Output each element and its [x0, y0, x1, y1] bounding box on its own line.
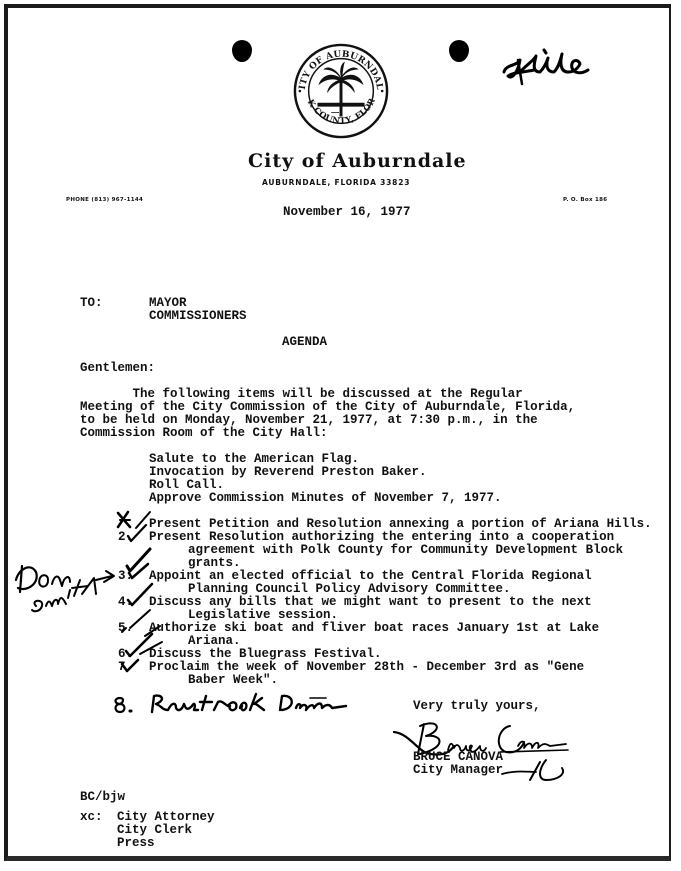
closing: Very truly yours, [413, 700, 541, 713]
cc-label: xc: [80, 811, 103, 824]
signer-title: City Manager [413, 764, 503, 777]
signer-name: BRUCE CANOVA [413, 751, 503, 764]
cc-recipient: Press [117, 837, 155, 850]
cc-recipient: City Clerk [117, 824, 192, 837]
typist-initials: BC/bjw [80, 791, 125, 804]
cc-recipient: City Attorney [117, 811, 215, 824]
handwritten-item-8 [110, 690, 370, 720]
